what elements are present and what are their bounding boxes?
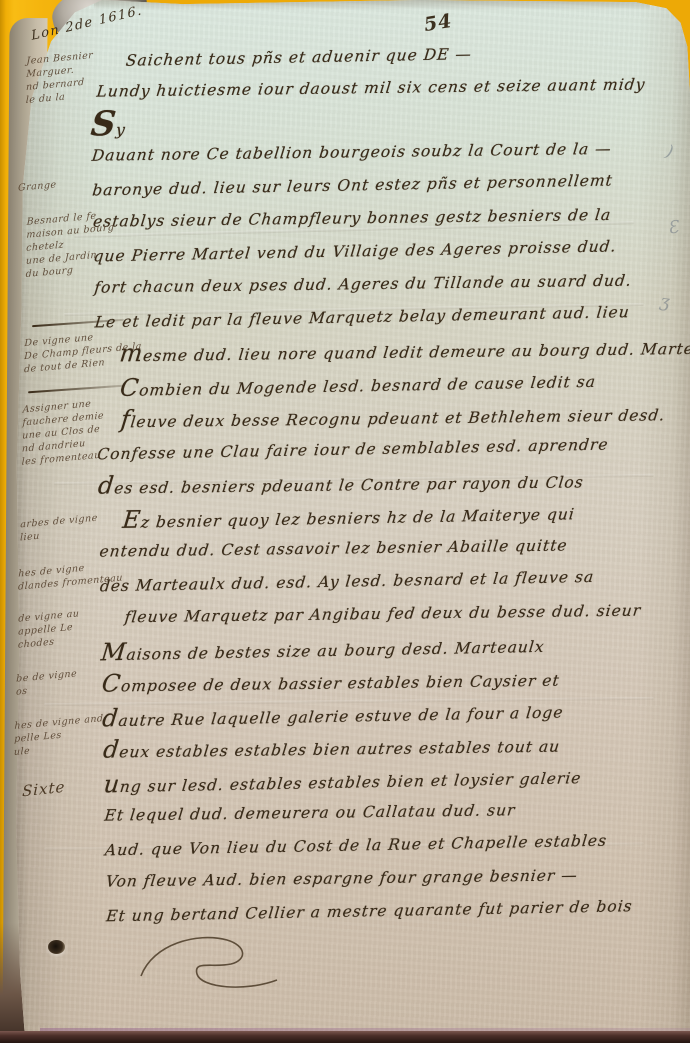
wormhole (48, 940, 65, 954)
margin-note-parties: Jean BesnierMarguer.nd bernardle du la (26, 49, 94, 107)
margin-note-vine6: hes de vigne andpelle Lesule (14, 712, 104, 759)
margin-note-house: Besnard le femaison au bourgchetelzune d… (26, 208, 115, 281)
torn-top-edge (94, 0, 650, 10)
dark-table-edge (0, 1031, 690, 1043)
margin-note-vine4: de vigne auappelle Lechodes (18, 607, 80, 652)
paraph-swirl-icon (135, 930, 295, 1005)
folio-number: 54 (422, 10, 454, 36)
manuscript-photo: Lon 2de 1616. 54 Saichent tous pñs et ad… (0, 0, 690, 1043)
margin-note-meadow: Assigner unefauchere demieune au Clos de… (22, 396, 105, 468)
deed-body-text: Saichent tous pñs et aduenir que DE —Lun… (90, 35, 667, 934)
margin-note-vine5: be de vigneos (16, 667, 77, 698)
notary-paraph-flourish (135, 930, 295, 1009)
